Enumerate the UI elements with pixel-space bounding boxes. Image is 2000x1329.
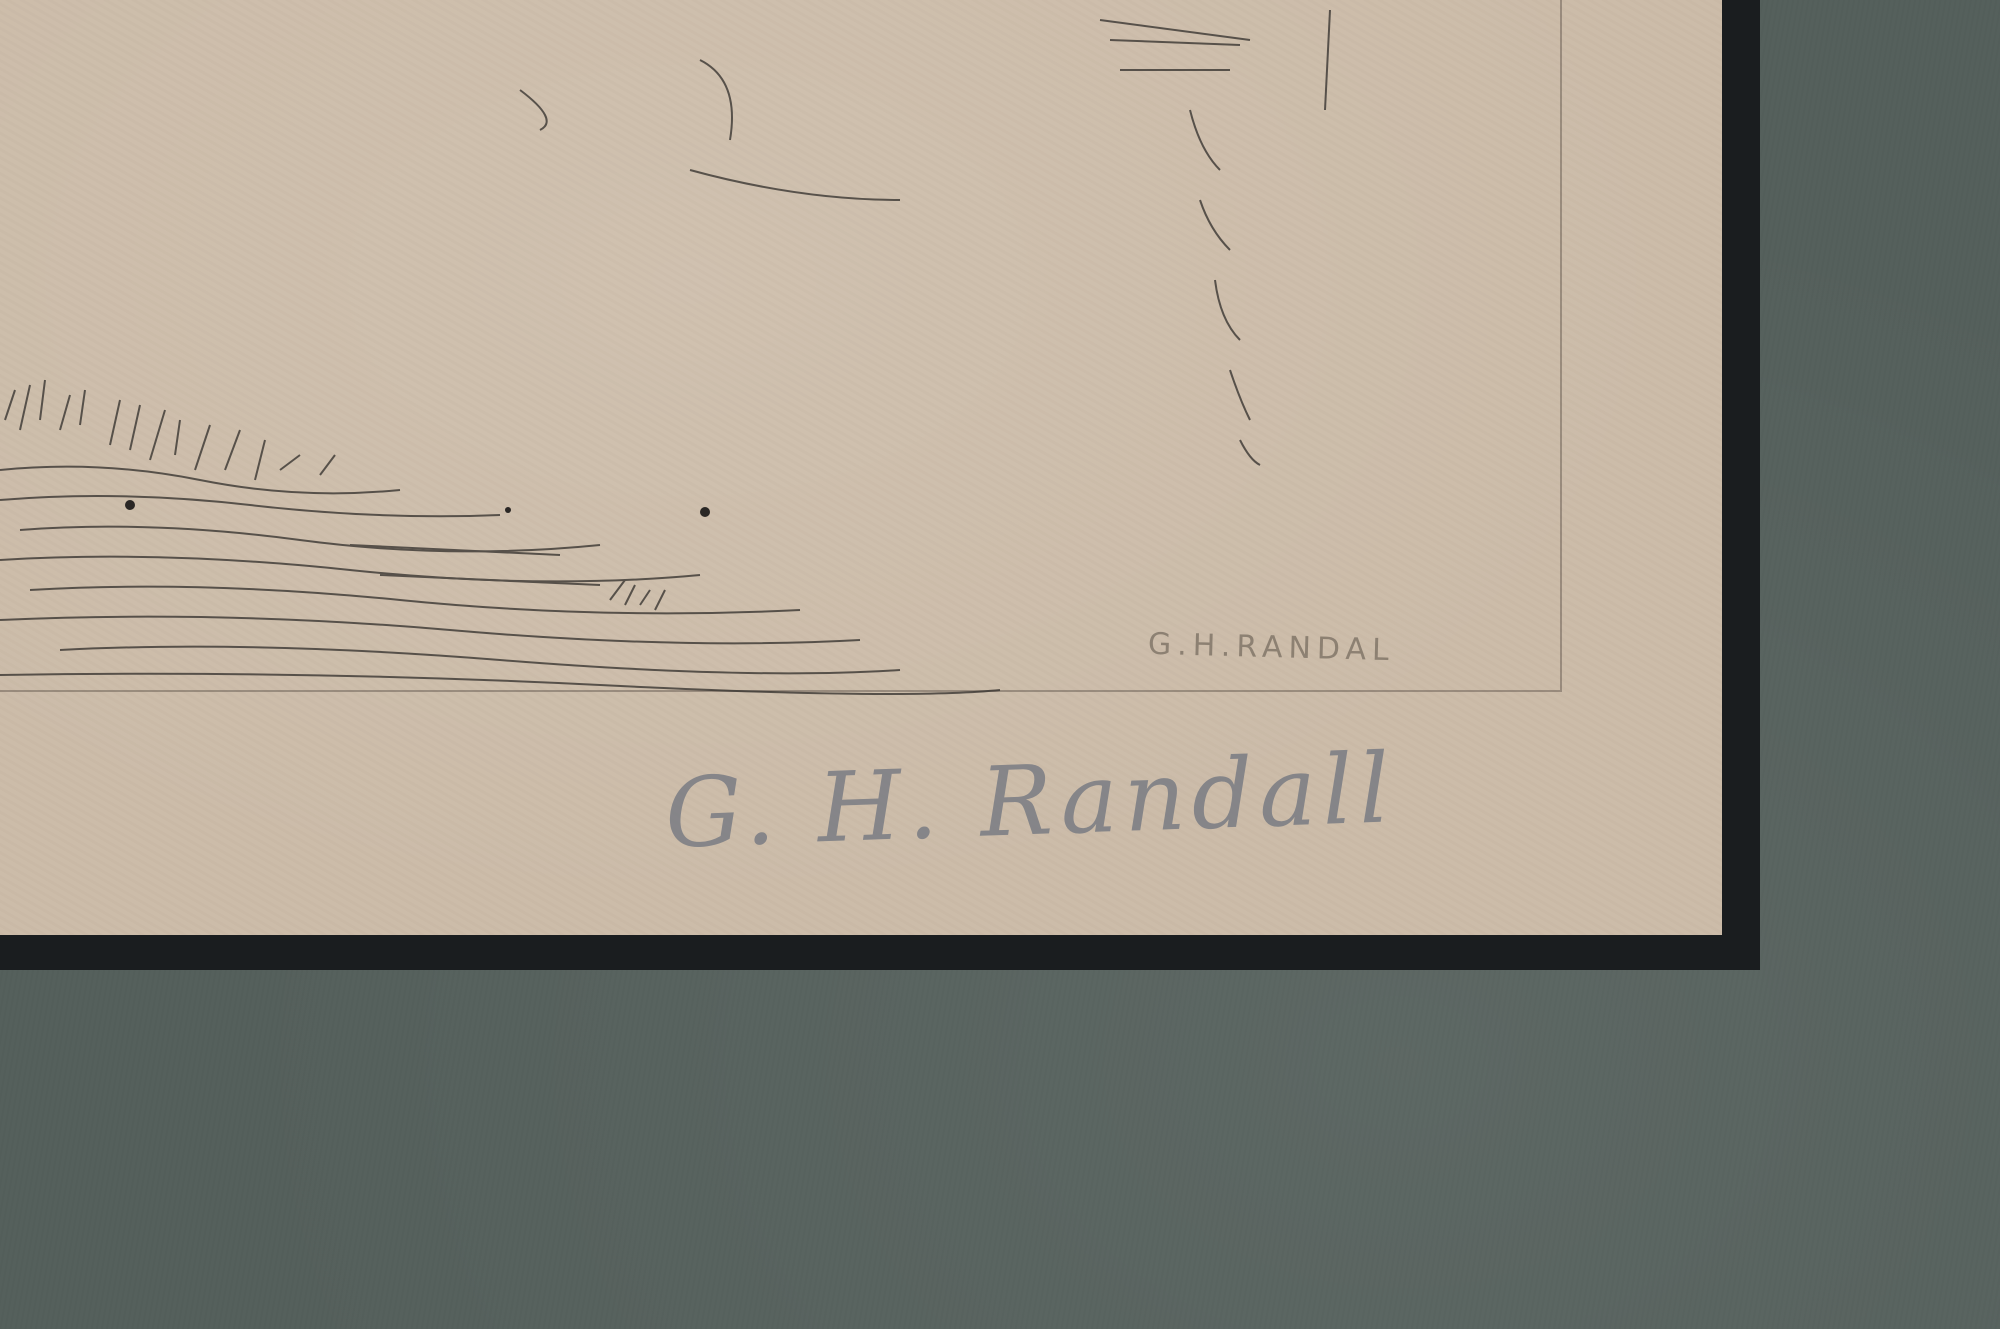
plate-signature: G.H.RANDAL <box>1148 627 1396 668</box>
etching-paper: G.H.RANDAL G. H. Randall <box>0 0 1722 935</box>
